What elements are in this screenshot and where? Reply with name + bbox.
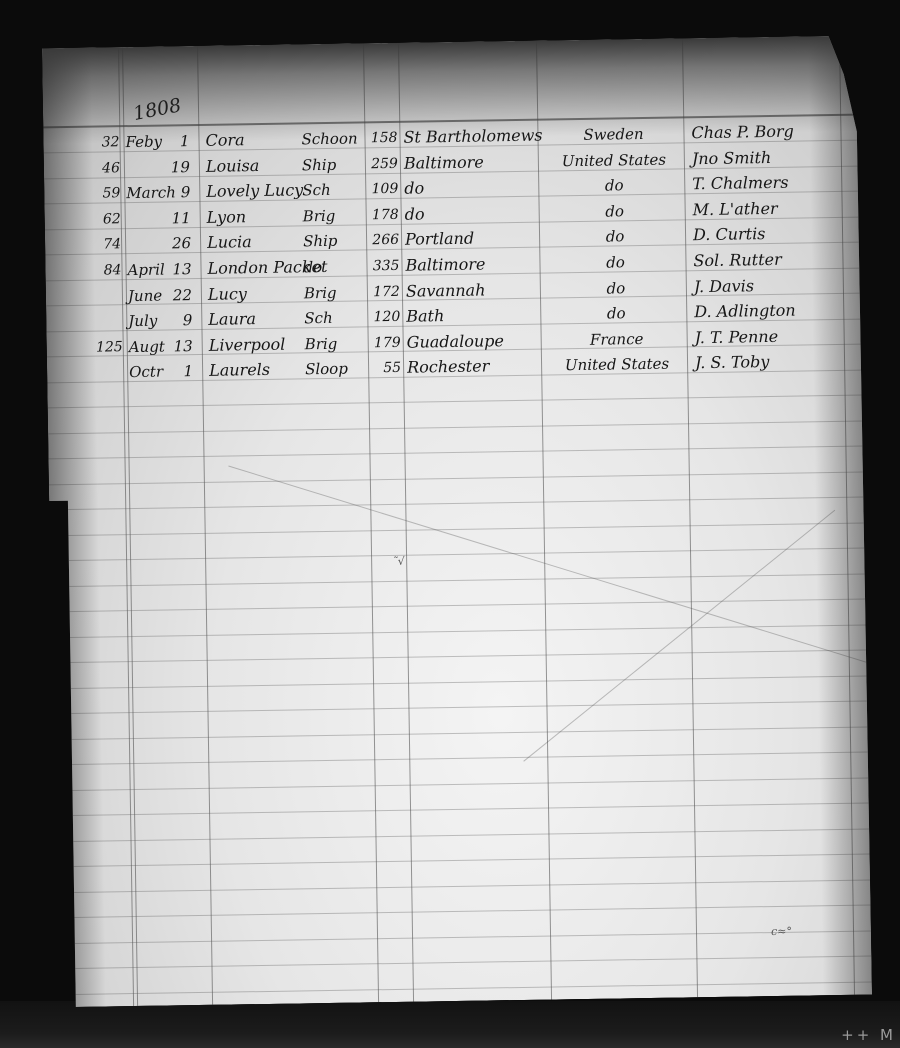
ruled-line [54,803,869,817]
master-name: D. Curtis [693,220,843,248]
vessel-tonnage: 158 [365,125,397,151]
home-port: Baltimore [405,251,535,279]
vessel-rig: Brig [303,202,363,229]
ledger-entries: 32Feby1CoraSchoon158St BartholomewsSwede… [42,36,857,49]
ruled-line [50,548,865,562]
entry-day: 1 [165,358,193,384]
master-name: M. L'ather [692,195,842,223]
vessel-rig: Sloop [305,356,365,383]
paper-crease [523,510,835,762]
vessel-name: Lovely Lucy [206,177,316,205]
vessel-tonnage: 172 [368,278,400,304]
ruled-line [48,395,863,409]
ruled-line [48,446,863,460]
master-name: J. S. Toby [695,348,845,376]
home-port: do [404,174,534,202]
vessel-name: Laura [208,305,318,333]
ruled-line [50,522,865,536]
vessel-name: London Packet [207,254,317,282]
entry-day: 13 [163,256,191,282]
ruled-line [49,497,864,511]
ruled-line [52,701,867,715]
vessel-rig: Sch [302,177,362,204]
ruled-line [55,853,870,867]
vessel-tonnage: 120 [368,304,400,330]
vessel-name: Laurels [209,356,319,384]
vessel-nation: do [546,274,686,302]
vessel-rig: Brig [304,279,364,306]
vessel-name: Lucia [207,228,317,256]
home-port: Portland [405,225,535,253]
vessel-rig: Brig [305,330,365,357]
home-port: Rochester [407,353,537,381]
vessel-tonnage: 259 [366,150,398,176]
entry-day: 9 [164,307,192,333]
entry-number: 32 [91,129,119,155]
vessel-tonnage: 335 [367,253,399,279]
ruled-line [56,904,871,918]
ruled-line [55,879,870,893]
master-name: J. T. Penne [694,323,844,351]
vessel-rig: Ship [302,151,362,178]
vessel-rig: do [303,253,363,280]
entry-day: 1 [161,128,189,154]
entry-number: 59 [92,180,120,206]
master-name: Sol. Rutter [693,246,843,274]
vessel-rig: Schoon [301,125,361,152]
entry-day: 11 [163,205,191,231]
vessel-nation: do [544,197,684,225]
master-name: T. Chalmers [692,169,842,197]
vessel-nation: France [546,325,686,353]
ledger-page: 1808 32Feby1CoraSchoon158St Bartholomews… [42,36,872,1008]
ruled-line [57,981,872,995]
entry-day: 22 [164,282,192,308]
entry-day: 9 [162,179,190,205]
vessel-nation: do [545,223,685,251]
entry-day: 26 [163,230,191,256]
vessel-nation: United States [544,146,684,174]
ruled-line [53,752,868,766]
ruled-line [48,420,863,434]
home-port: do [405,199,535,227]
ledger-year: 1808 [131,94,183,125]
vessel-tonnage: 55 [369,355,401,381]
entry-number: 74 [93,232,121,258]
ruled-line [56,930,871,944]
vessel-tonnage: 178 [367,202,399,228]
entry-day: 19 [162,154,190,180]
entry-number: 62 [93,206,121,232]
stray-mark: ˜√ [392,555,405,568]
vessel-tonnage: 266 [367,227,399,253]
home-port: Savannah [406,276,536,304]
vessel-tonnage: 109 [366,176,398,202]
entry-number: 46 [92,155,120,181]
vessel-name: Lyon [207,203,317,231]
master-name: D. Adlington [694,297,844,325]
frame-marks: ++ M [841,1026,896,1044]
ruled-line [52,650,867,664]
ruled-line [54,777,869,791]
stray-mark: c≈° [771,925,792,938]
vessel-rig: Sch [304,305,364,332]
vessel-nation: United States [547,351,687,379]
vessel-nation: do [546,300,686,328]
ruled-line [51,599,866,613]
vessel-nation: Sweden [543,120,683,148]
vessel-nation: do [544,172,684,200]
ruled-line [51,624,866,638]
vessel-name: Lucy [208,280,318,308]
home-port: Baltimore [404,148,534,176]
ruled-line [53,726,868,740]
home-port: St Bartholomews [403,123,533,151]
paper-crease [228,466,872,673]
ruled-line [54,828,869,842]
master-name: Chas P. Borg [691,118,841,146]
entry-number: 84 [93,257,121,283]
vessel-name: Cora [205,126,315,154]
master-name: Jno Smith [692,143,842,171]
entry-number: 125 [95,334,123,360]
vessel-name: Louisa [206,152,316,180]
vessel-name: Liverpool [209,331,319,359]
home-port: Bath [406,302,536,330]
home-port: Guadaloupe [407,327,537,355]
vessel-rig: Ship [303,228,363,255]
vessel-nation: do [545,248,685,276]
film-border-bottom: ++ M [0,1001,900,1048]
ruled-line [52,675,867,689]
ruled-line [49,471,864,485]
entry-day: 13 [165,333,193,359]
ruled-line [57,955,872,969]
vessel-tonnage: 179 [369,330,401,356]
master-name: J. Davis [694,271,844,299]
